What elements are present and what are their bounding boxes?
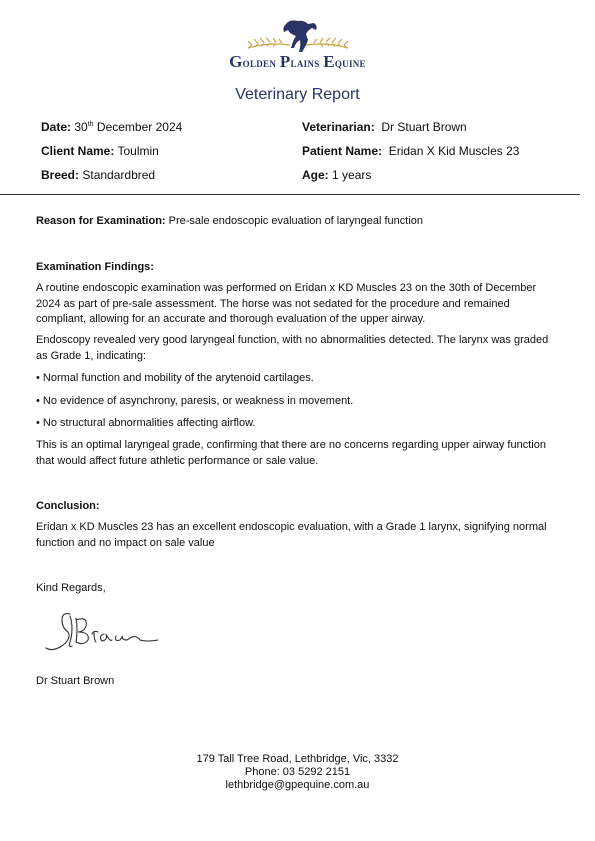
veterinarian-field: Veterinarian: Dr Stuart Brown: [302, 120, 467, 134]
breed-field: Breed: Standardbred: [41, 168, 155, 182]
footer-email[interactable]: lethbridge@gpequine.com.au: [0, 779, 595, 792]
divider: [0, 194, 580, 195]
bullet-item: • Normal function and mobility of the ar…: [36, 371, 556, 387]
horse-wheat-logo-icon: [228, 18, 368, 54]
findings-paragraph-1: A routine endoscopic examination was per…: [36, 281, 556, 328]
reason-for-examination: Reason for Examination: Pre-sale endosco…: [36, 214, 556, 230]
footer: 179 Tall Tree Road, Lethbridge, Vic, 333…: [0, 753, 595, 792]
conclusion-text: Eridan x KD Muscles 23 has an excellent …: [36, 520, 556, 551]
date-field: Date: 30th December 2024: [41, 120, 182, 134]
sign-off: Kind Regards,: [36, 581, 556, 597]
findings-heading: Examination Findings:: [36, 260, 556, 276]
footer-phone: Phone: 03 5292 2151: [0, 766, 595, 779]
signatory-name: Dr Stuart Brown: [36, 674, 556, 690]
bullet-item: • No structural abnormalities affecting …: [36, 416, 556, 432]
handwritten-signature-icon: [40, 608, 165, 663]
bullet-item: • No evidence of asynchrony, paresis, or…: [36, 394, 556, 410]
findings-paragraph-2: Endoscopy revealed very good laryngeal f…: [36, 333, 556, 364]
footer-address: 179 Tall Tree Road, Lethbridge, Vic, 333…: [0, 753, 595, 766]
patient-name-field: Patient Name: Eridan X Kid Muscles 23: [302, 144, 519, 158]
conclusion-heading: Conclusion:: [36, 499, 556, 515]
findings-paragraph-3: This is an optimal laryngeal grade, conf…: [36, 438, 556, 469]
client-name-field: Client Name: Toulmin: [41, 144, 159, 158]
logo: [0, 18, 595, 54]
report-title: Veterinary Report: [0, 86, 595, 104]
brand-name: Golden Plains Equine: [0, 52, 595, 72]
age-field: Age: 1 years: [302, 168, 371, 182]
